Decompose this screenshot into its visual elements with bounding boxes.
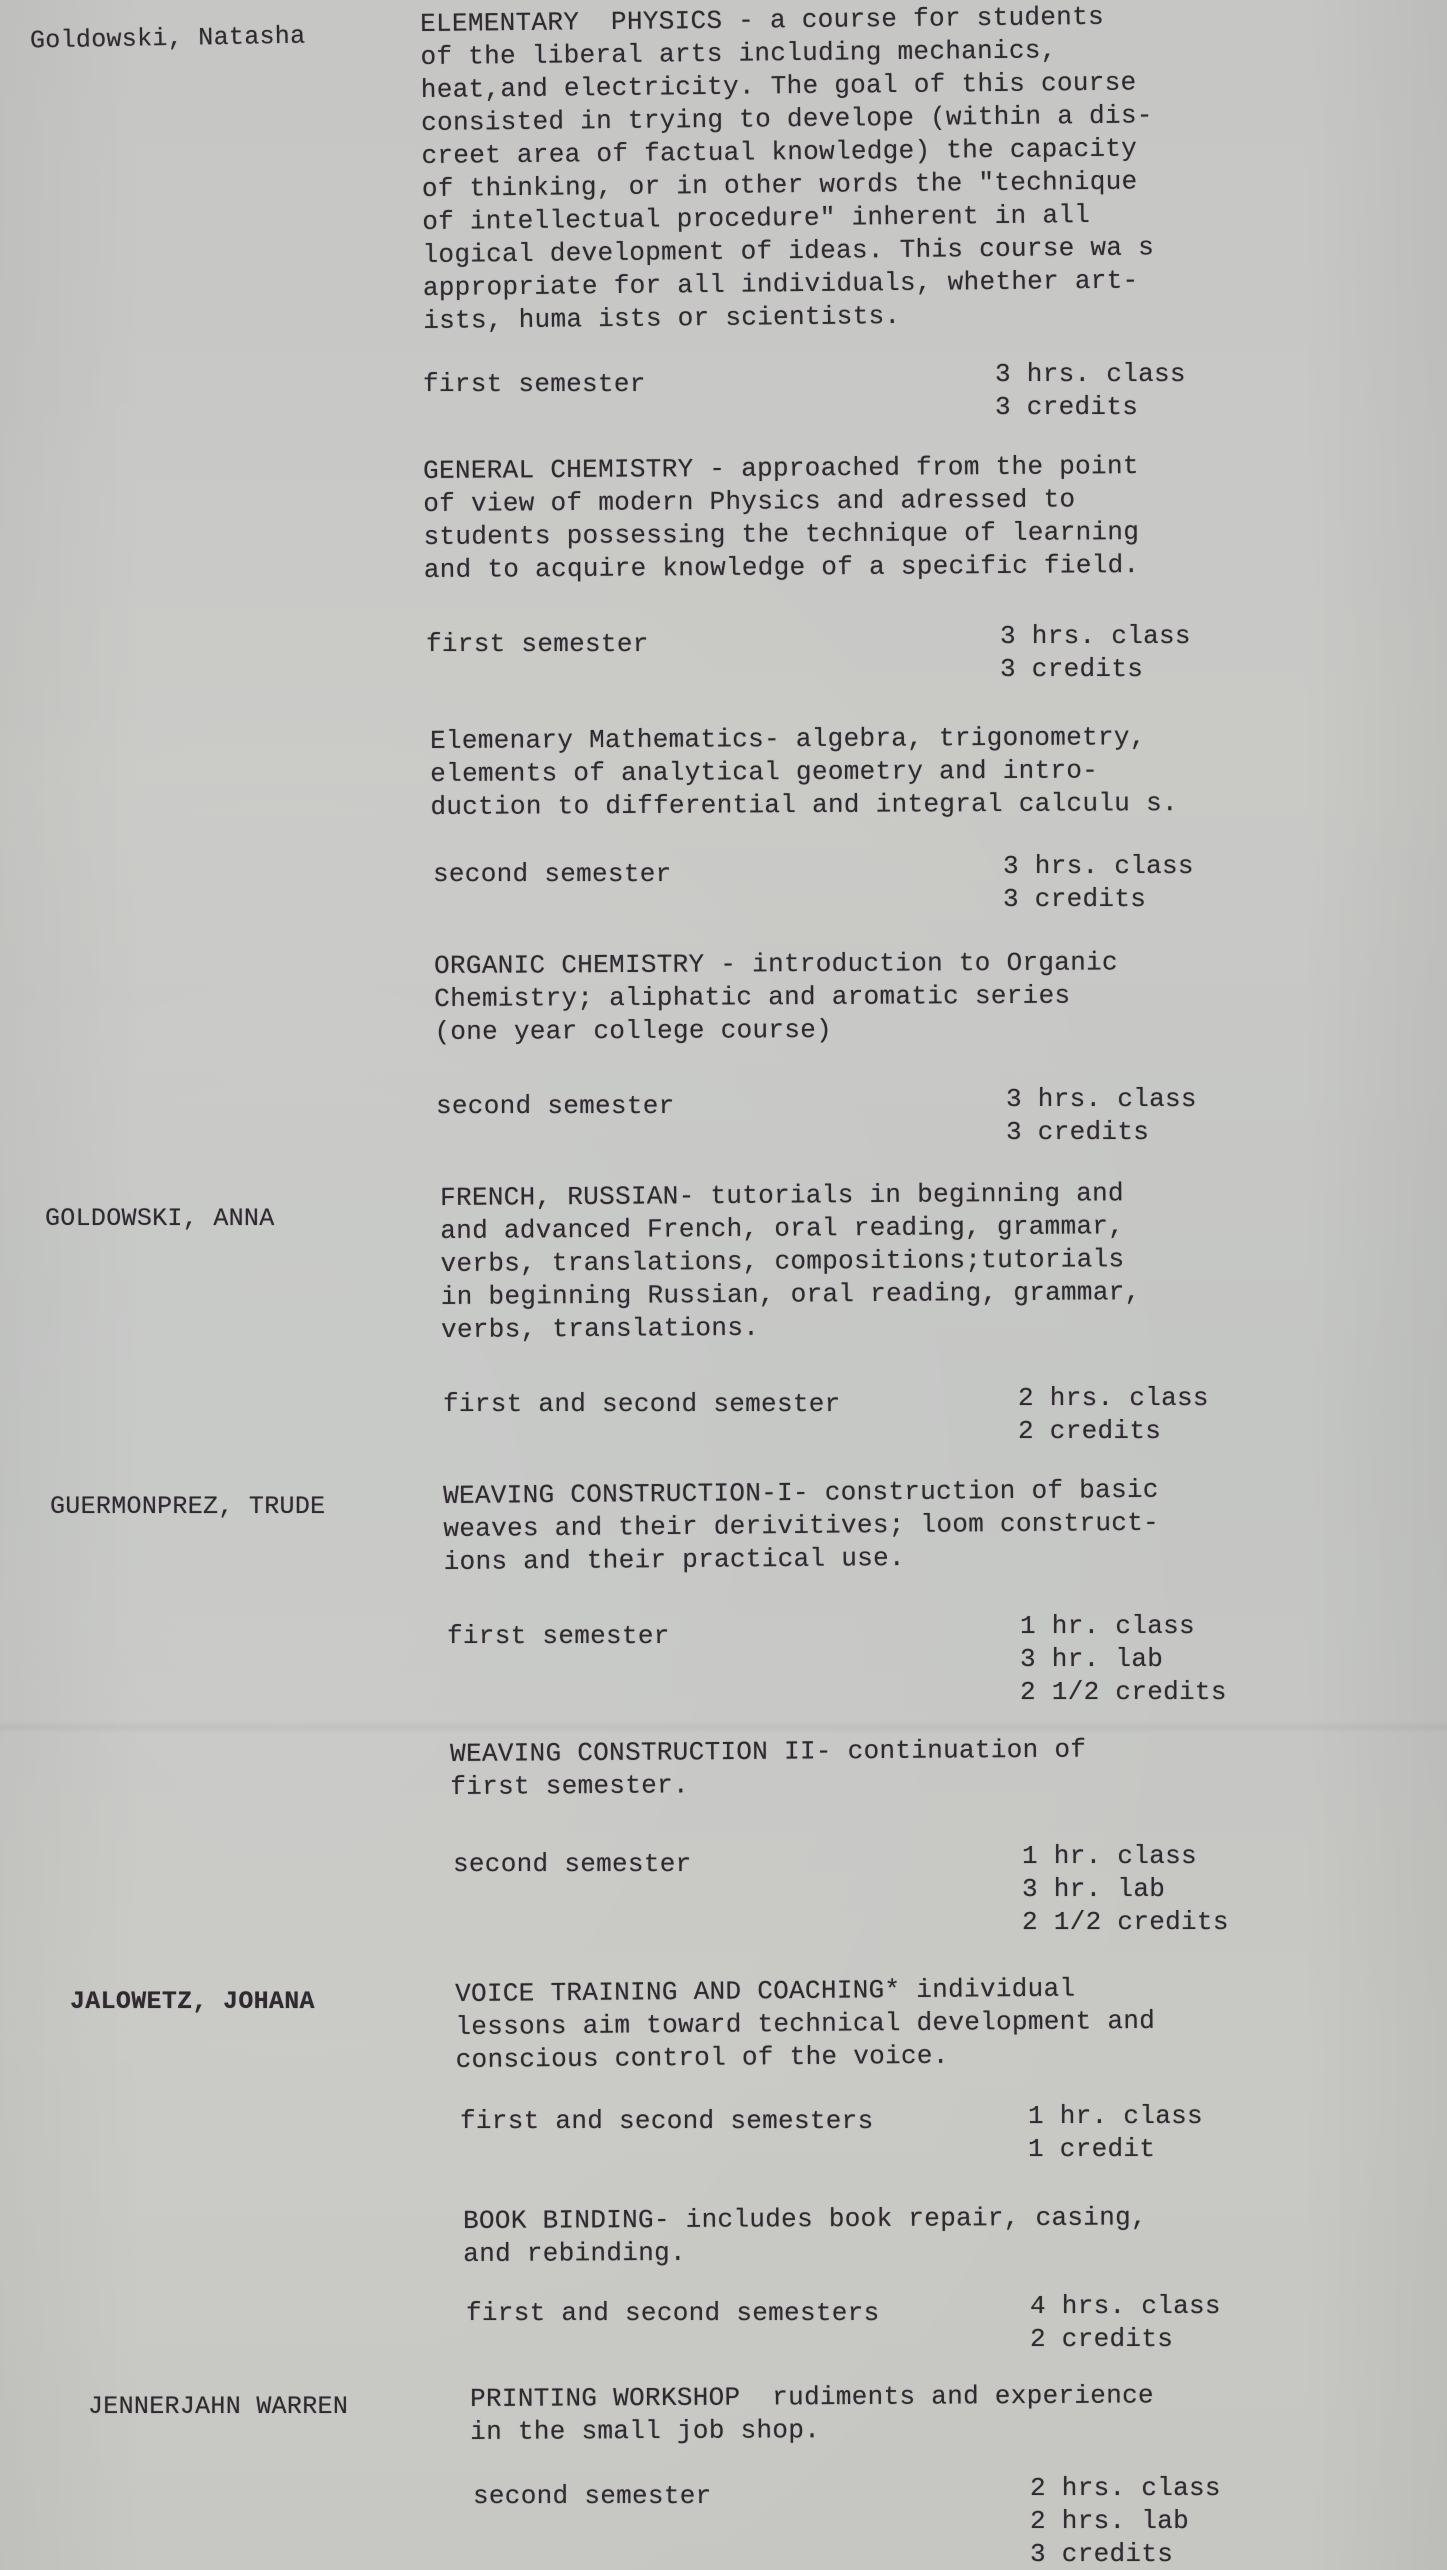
course-hours: 3 hrs. class 3 credits: [1006, 1083, 1197, 1149]
course-schedule: first semester: [423, 368, 646, 401]
instructor-name: Goldowski, Natasha: [30, 20, 306, 58]
course-hours: 1 hr. class 1 credit: [1028, 2100, 1203, 2166]
course-schedule: second semester: [433, 858, 672, 891]
course-description: WEAVING CONSTRUCTION-I- construction of …: [443, 1474, 1159, 1579]
course-hours: 3 hrs. class 3 credits: [995, 358, 1186, 424]
course-description: VOICE TRAINING AND COACHING* individual …: [455, 1972, 1156, 2077]
course-hours: 4 hrs. class 2 credits: [1030, 2290, 1221, 2356]
course-schedule: first semester: [426, 628, 649, 661]
course-description: FRENCH, RUSSIAN- tutorials in beginning …: [440, 1177, 1141, 1347]
course-hours: 1 hr. class 3 hr. lab 2 1/2 credits: [1020, 1610, 1227, 1709]
course-schedule: first semester: [447, 1620, 670, 1653]
paper-fold-shadow: [0, 1720, 1447, 1734]
course-description: GENERAL CHEMISTRY - approached from the …: [423, 450, 1140, 587]
instructor-name: GOLDOWSKI, ANNA: [45, 1202, 275, 1235]
course-schedule: second semester: [453, 1848, 692, 1881]
course-schedule: second semester: [436, 1090, 675, 1123]
instructor-name: JENNERJAHN WARREN: [88, 2390, 348, 2423]
course-description: ORGANIC CHEMISTRY - introduction to Orga…: [434, 946, 1118, 1049]
course-hours: 2 hrs. class 2 hrs. lab 3 credits: [1030, 2472, 1221, 2570]
course-hours: 2 hrs. class 2 credits: [1018, 1382, 1209, 1448]
course-description: Elemenary Mathematics- algebra, trigonom…: [430, 721, 1178, 824]
course-description: ELEMENTARY PHYSICS - a course for studen…: [420, 0, 1155, 338]
course-description: WEAVING CONSTRUCTION II- continuation of…: [450, 1734, 1087, 1804]
course-schedule: second semester: [473, 2480, 712, 2513]
course-description: BOOK BINDING- includes book repair, casi…: [463, 2201, 1147, 2271]
course-hours: 3 hrs. class 3 credits: [1003, 850, 1194, 916]
course-description: PRINTING WORKSHOP rudiments and experien…: [470, 2379, 1154, 2449]
course-schedule: first and second semester: [443, 1388, 841, 1421]
instructor-name: GUERMONPREZ, TRUDE: [50, 1490, 325, 1523]
course-schedule: first and second semesters: [466, 2297, 879, 2330]
course-schedule: first and second semesters: [460, 2105, 873, 2138]
course-hours: 1 hr. class 3 hr. lab 2 1/2 credits: [1022, 1840, 1229, 1939]
course-hours: 3 hrs. class 3 credits: [1000, 620, 1191, 686]
instructor-name: JALOWETZ, JOHANA: [70, 1985, 315, 2018]
